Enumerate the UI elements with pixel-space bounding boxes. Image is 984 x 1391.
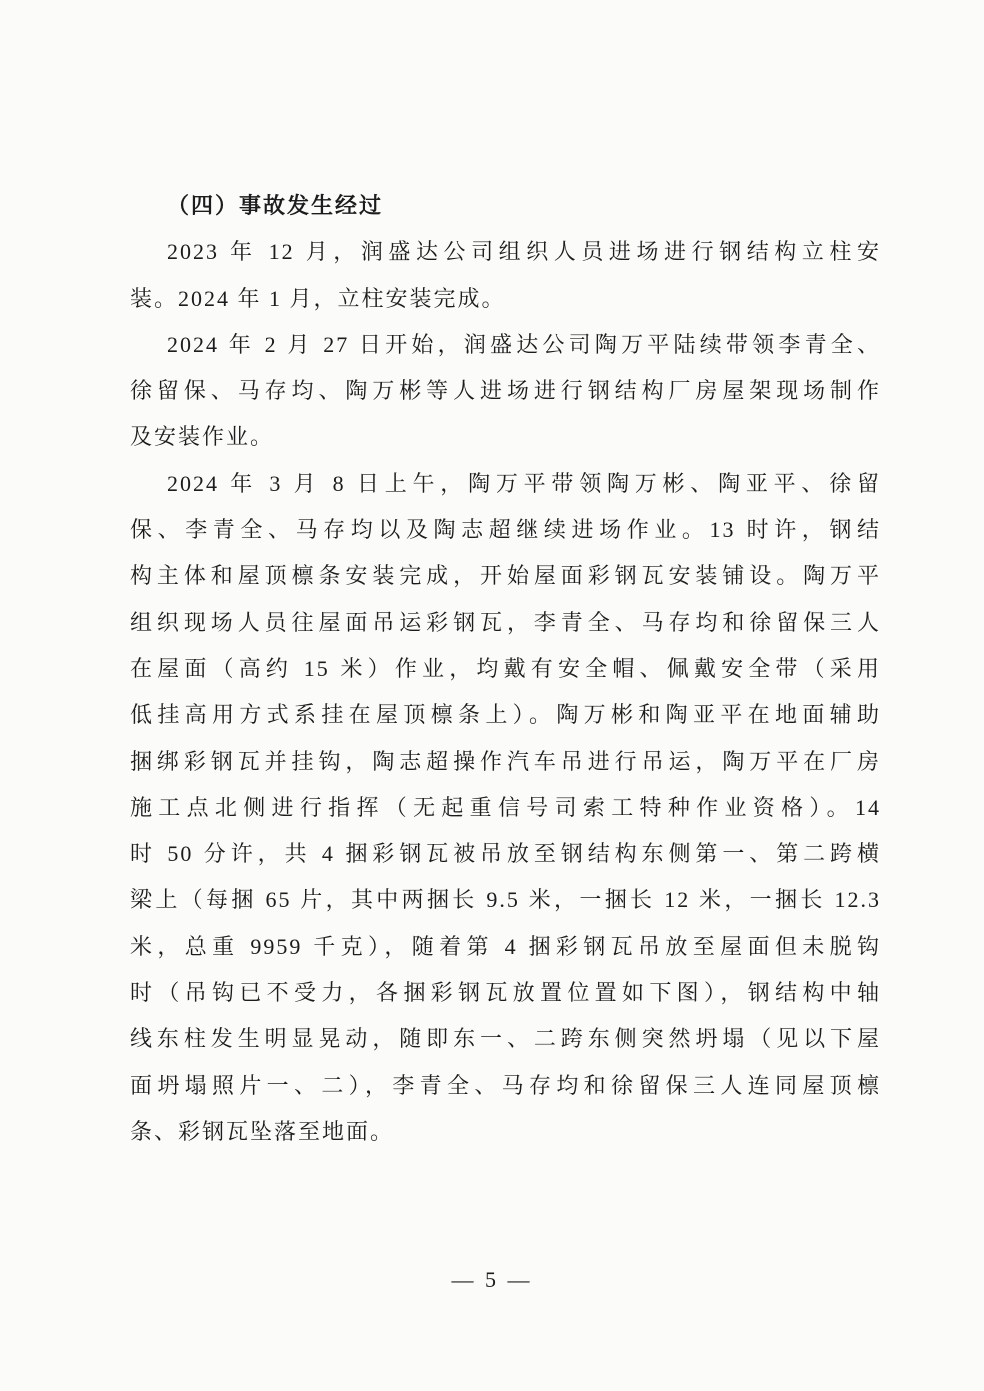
text-line: 低挂高用方式系挂在屋顶檩条上）。陶万彬和陶亚平在地面辅助 [130,692,881,738]
text-line: 构主体和屋顶檩条安装完成，开始屋面彩钢瓦安装铺设。陶万平 [130,553,881,599]
text-line: 在屋面（高约 15 米）作业，均戴有安全帽、佩戴安全带（采用 [130,646,881,692]
text-line: 施工点北侧进行指挥（无起重信号司索工特种作业资格）。14 [130,785,881,831]
text-line: 保、李青全、马存均以及陶志超继续进场作业。13 时许，钢结 [130,507,881,553]
document-body: （四）事故发生经过 2023 年 12 月，润盛达公司组织人员进场进行钢结构立柱… [130,183,881,1155]
text-line: 线东柱发生明显晃动，随即东一、二跨东侧突然坍塌（见以下屋 [130,1016,881,1062]
text-line: 2024 年 2 月 27 日开始，润盛达公司陶万平陆续带领李青全、 [130,322,881,368]
text-line: 及安装作业。 [130,414,881,460]
text-line: 面坍塌照片一、二），李青全、马存均和徐留保三人连同屋顶檩 [130,1063,881,1109]
text-line: 米，总重 9959 千克），随着第 4 捆彩钢瓦吊放至屋面但未脱钩 [130,924,881,970]
text-line: 梁上（每捆 65 片，其中两捆长 9.5 米，一捆长 12 米，一捆长 12.3 [130,877,881,923]
text-line: 时 50 分许，共 4 捆彩钢瓦被吊放至钢结构东侧第一、第二跨横 [130,831,881,877]
text-line: 装。2024 年 1 月，立柱安装完成。 [130,276,881,322]
text-line: 徐留保、马存均、陶万彬等人进场进行钢结构厂房屋架现场制作 [130,368,881,414]
text-line: 时（吊钩已不受力，各捆彩钢瓦放置位置如下图），钢结构中轴 [130,970,881,1016]
section-heading: （四）事故发生经过 [130,183,881,229]
text-line: 2024 年 3 月 8 日上午，陶万平带领陶万彬、陶亚平、徐留 [130,461,881,507]
page-number: — 5 — [0,1263,984,1297]
text-line: 2023 年 12 月，润盛达公司组织人员进场进行钢结构立柱安 [130,229,881,275]
paragraph: 2023 年 12 月，润盛达公司组织人员进场进行钢结构立柱安装。2024 年 … [130,229,881,322]
paragraphs-container: 2023 年 12 月，润盛达公司组织人员进场进行钢结构立柱安装。2024 年 … [130,229,881,1155]
document-page: （四）事故发生经过 2023 年 12 月，润盛达公司组织人员进场进行钢结构立柱… [0,0,984,1391]
paragraph: 2024 年 3 月 8 日上午，陶万平带领陶万彬、陶亚平、徐留保、李青全、马存… [130,461,881,1155]
text-line: 捆绑彩钢瓦并挂钩，陶志超操作汽车吊进行吊运，陶万平在厂房 [130,739,881,785]
text-line: 组织现场人员往屋面吊运彩钢瓦，李青全、马存均和徐留保三人 [130,600,881,646]
paragraph: 2024 年 2 月 27 日开始，润盛达公司陶万平陆续带领李青全、徐留保、马存… [130,322,881,461]
text-line: 条、彩钢瓦坠落至地面。 [130,1109,881,1155]
